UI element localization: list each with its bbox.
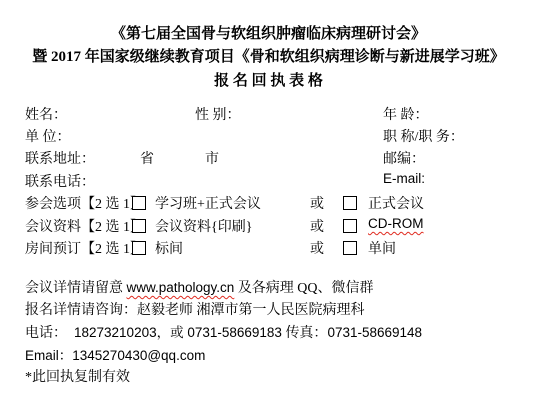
row-name-gender-age: 姓名： 性 别： 年 龄：: [0, 104, 537, 124]
address-label: 联系地址：: [25, 148, 95, 168]
contact-email-text: Email：1345270430@qq.com: [25, 344, 205, 364]
copy-valid-note: *此回执复制有效: [25, 366, 130, 386]
contact-info-suffix: 及各病理 QQ、微信群: [234, 281, 373, 296]
contact-consult-line: 报名详情请咨询：赵毅老师 湘潭市第一人民医院病理科: [0, 299, 537, 319]
checkbox-study-class-plus-meeting[interactable]: [132, 196, 146, 210]
contact-phone-label: 电话：: [25, 326, 67, 341]
age-label: 年 龄：: [383, 104, 429, 124]
contact-fax-number: 0731-58669148: [327, 325, 422, 340]
materials-option1-label: 会议资料{印刷}: [155, 216, 252, 236]
row-unit-position: 单 位： 职 称/职 务：: [0, 126, 537, 146]
checkbox-single-room[interactable]: [343, 241, 357, 255]
document-title-line3: 报 名 回 执 表 格: [0, 69, 537, 90]
phone-label: 联系电话：: [25, 171, 95, 191]
contact-phone-line: 电话： 18273210203，或 0731-58669183 传真：0731-…: [0, 321, 537, 341]
attendance-or-label: 或: [310, 193, 324, 213]
materials-option2-label: CD-ROM: [368, 216, 424, 231]
document-title-line2: 暨 2017 年国家级继续教育项目《骨和软组织病理诊断与新进展学习班》: [0, 45, 537, 66]
website-url: www.pathology.cn: [127, 280, 235, 295]
row-phone-email: 联系电话： E-mail:: [0, 171, 537, 191]
contact-phone-numbers: 18273210203，或 0731-58669183: [74, 325, 282, 340]
copy-valid-note-line: *此回执复制有效: [0, 366, 537, 386]
contact-email-line: Email：1345270430@qq.com: [0, 344, 537, 364]
email-label: E-mail:: [383, 171, 425, 186]
contact-info-prefix: 会议详情请留意: [25, 281, 127, 296]
province-label: 省: [140, 148, 154, 168]
contact-email-address: 1345270430@qq.com: [72, 348, 205, 363]
name-label: 姓名：: [25, 104, 67, 124]
materials-or-label: 或: [310, 216, 324, 236]
choice-row-attendance: 参会选项【2 选 1】： 学习班+正式会议 或 正式会议: [0, 193, 537, 213]
contact-info-line: 会议详情请留意 www.pathology.cn 及各病理 QQ、微信群: [0, 277, 537, 297]
checkbox-standard-room[interactable]: [132, 241, 146, 255]
gender-label: 性 别：: [195, 104, 241, 124]
checkbox-printed-materials[interactable]: [132, 219, 146, 233]
position-label: 职 称/职 务：: [383, 126, 464, 146]
checkbox-formal-meeting[interactable]: [343, 196, 357, 210]
room-or-label: 或: [310, 238, 324, 258]
document-title-line1: 《第七届全国骨与软组织肿瘤临床病理研讨会》: [0, 22, 537, 43]
consult-text: 报名详情请咨询：赵毅老师 湘潭市第一人民医院病理科: [25, 299, 365, 319]
contact-info-text: 会议详情请留意 www.pathology.cn 及各病理 QQ、微信群: [25, 277, 374, 297]
choice-row-materials: 会议资料【2 选 1】： 会议资料{印刷} 或 CD-ROM: [0, 216, 537, 236]
city-label: 市: [205, 148, 219, 168]
choice-row-room: 房间预订【2 选 1】： 标间 或 单间: [0, 238, 537, 258]
row-address-postcode: 联系地址： 省 市 邮编：: [0, 148, 537, 168]
postcode-label: 邮编：: [383, 148, 425, 168]
registration-form-document: 《第七届全国骨与软组织肿瘤临床病理研讨会》 暨 2017 年国家级继续教育项目《…: [0, 0, 537, 398]
contact-email-label: Email：: [25, 348, 72, 363]
contact-phone-text: 电话： 18273210203，或 0731-58669183 传真：0731-…: [25, 321, 422, 342]
attendance-option2-label: 正式会议: [368, 193, 424, 213]
contact-fax-label: 传真：: [285, 326, 327, 341]
room-option1-label: 标间: [155, 238, 183, 258]
checkbox-cdrom[interactable]: [343, 219, 357, 233]
attendance-option1-label: 学习班+正式会议: [155, 193, 261, 213]
room-option2-label: 单间: [368, 238, 396, 258]
unit-label: 单 位：: [25, 126, 71, 146]
